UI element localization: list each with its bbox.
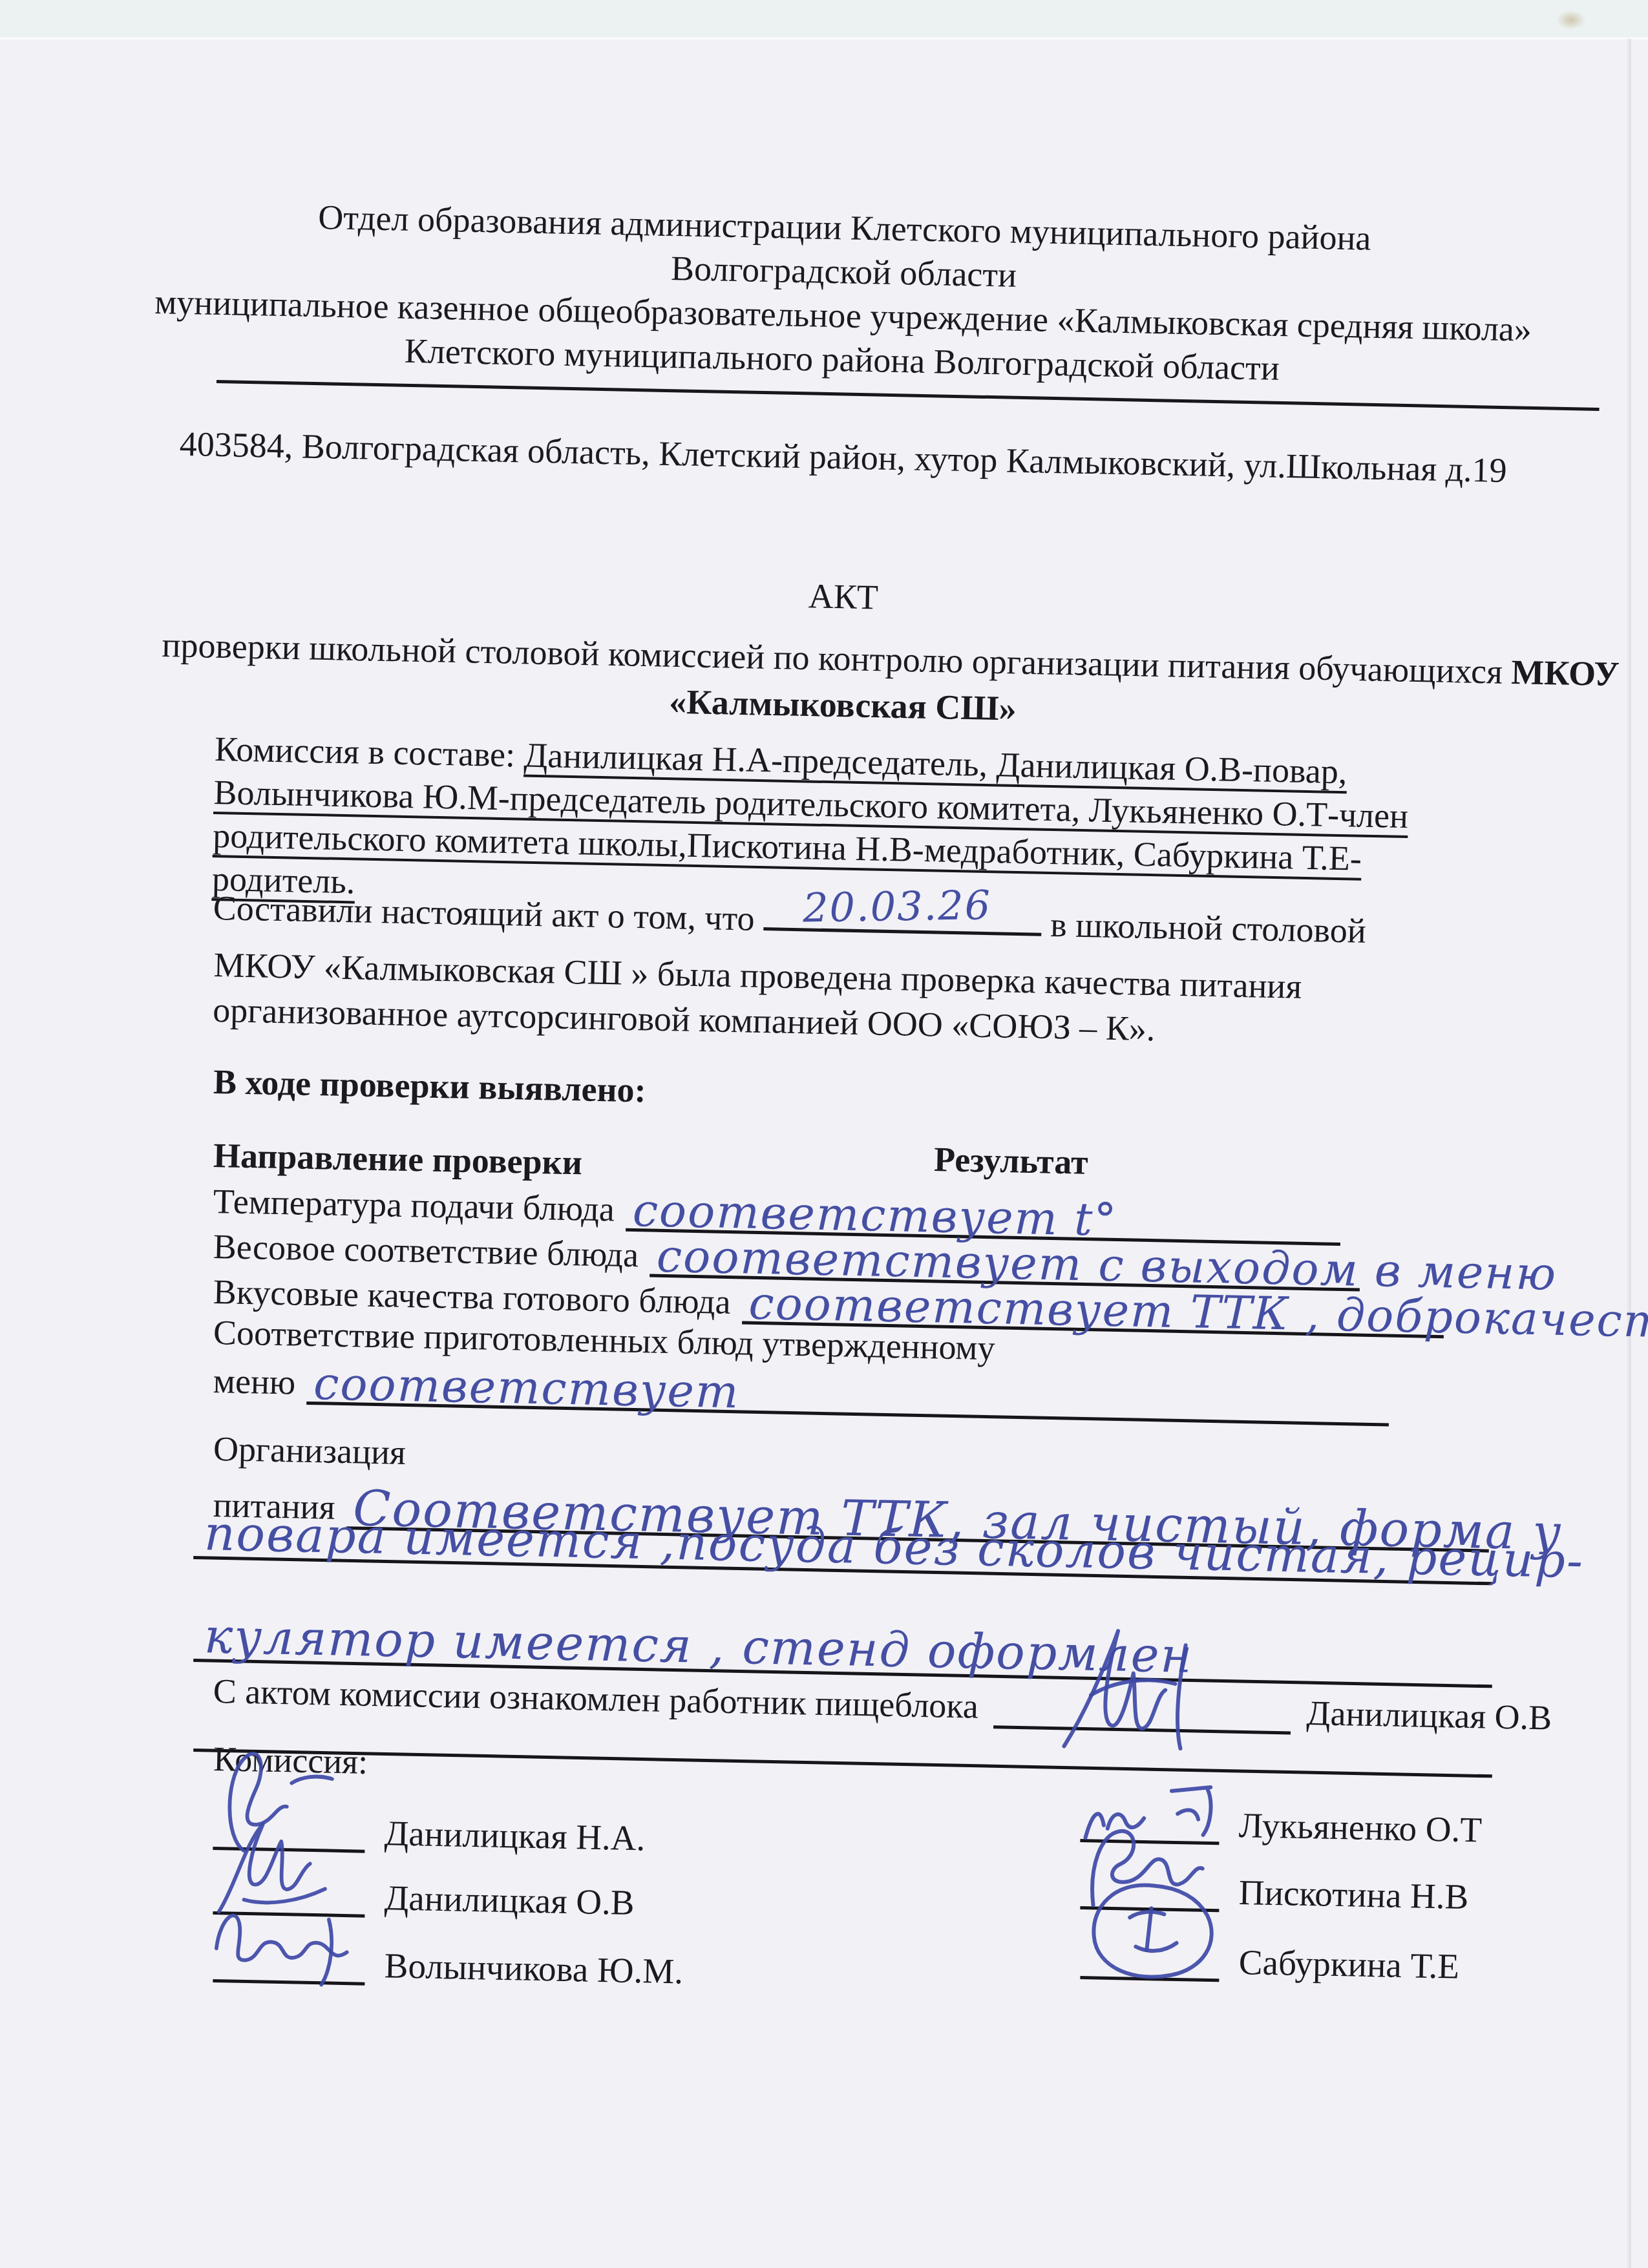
document-subtitle: проверки школьной столовой комиссией по …: [161, 622, 1526, 742]
statement-before: Составили настоящий акт о том, что: [213, 888, 755, 938]
signer-name: Пискотина Н.В: [1238, 1872, 1469, 1917]
commission-label: Комиссия в составе:: [214, 730, 524, 775]
signer-name: Данилицкая О.В: [384, 1877, 635, 1923]
handwritten-result-menu: соответствует: [313, 1361, 740, 1414]
acknowledgement-signature-blank: [993, 1680, 1291, 1734]
finding-row-menu: меню соответствует: [213, 1352, 1389, 1427]
finding-label-menu: меню: [213, 1359, 296, 1405]
acknowledgement-name: Данилицкая О.В: [1306, 1691, 1552, 1740]
scanned-document-page: Отдел образования администрации Клетског…: [0, 0, 1648, 2268]
signature-line: [213, 1942, 365, 1986]
document-title: АКТ: [154, 561, 1532, 633]
signature-saburkina: [1073, 1871, 1225, 1997]
body-paragraph: МКОУ «Калмыковская СШ » была проведена п…: [213, 942, 1513, 1058]
date-blank: 20.03.26: [763, 885, 1042, 936]
signature-volynchikova: [206, 1874, 370, 2000]
findings-heading: В ходе проверки выявлено:: [213, 1060, 646, 1112]
statement-after: в школьной столовой: [1050, 905, 1366, 950]
organization-word: Организация: [213, 1427, 406, 1475]
address-line: 403584, Волгоградская область, Клетский …: [154, 421, 1532, 493]
column-result: Результат: [933, 1137, 1088, 1184]
signer-name: Волынчикова Ю.М.: [384, 1945, 683, 1991]
signer-name: Лукьяненко О.Т: [1238, 1805, 1482, 1851]
signature-cell-volynchikova: Волынчикова Ю.М.: [213, 1942, 683, 1992]
paper-smudge: [1556, 10, 1586, 30]
signer-name: Сабуркина Т.Е: [1238, 1942, 1459, 1987]
handwritten-date: 20.03.26: [802, 883, 991, 930]
signature-line: [1080, 1938, 1220, 1982]
signature-worker: [1031, 1616, 1229, 1769]
subtitle-bold-mkou: МКОУ: [1511, 653, 1620, 693]
signature-cell-saburkina: Сабуркина Т.Е: [1080, 1938, 1459, 1987]
signer-name: Данилицкая Н.А.: [384, 1812, 646, 1858]
paper-crease: [1626, 39, 1631, 2268]
scanner-bed-edge: [0, 0, 1648, 39]
finding-result-blank: соответствует: [307, 1354, 1390, 1427]
org-header: Отдел образования администрации Клетског…: [153, 192, 1533, 395]
